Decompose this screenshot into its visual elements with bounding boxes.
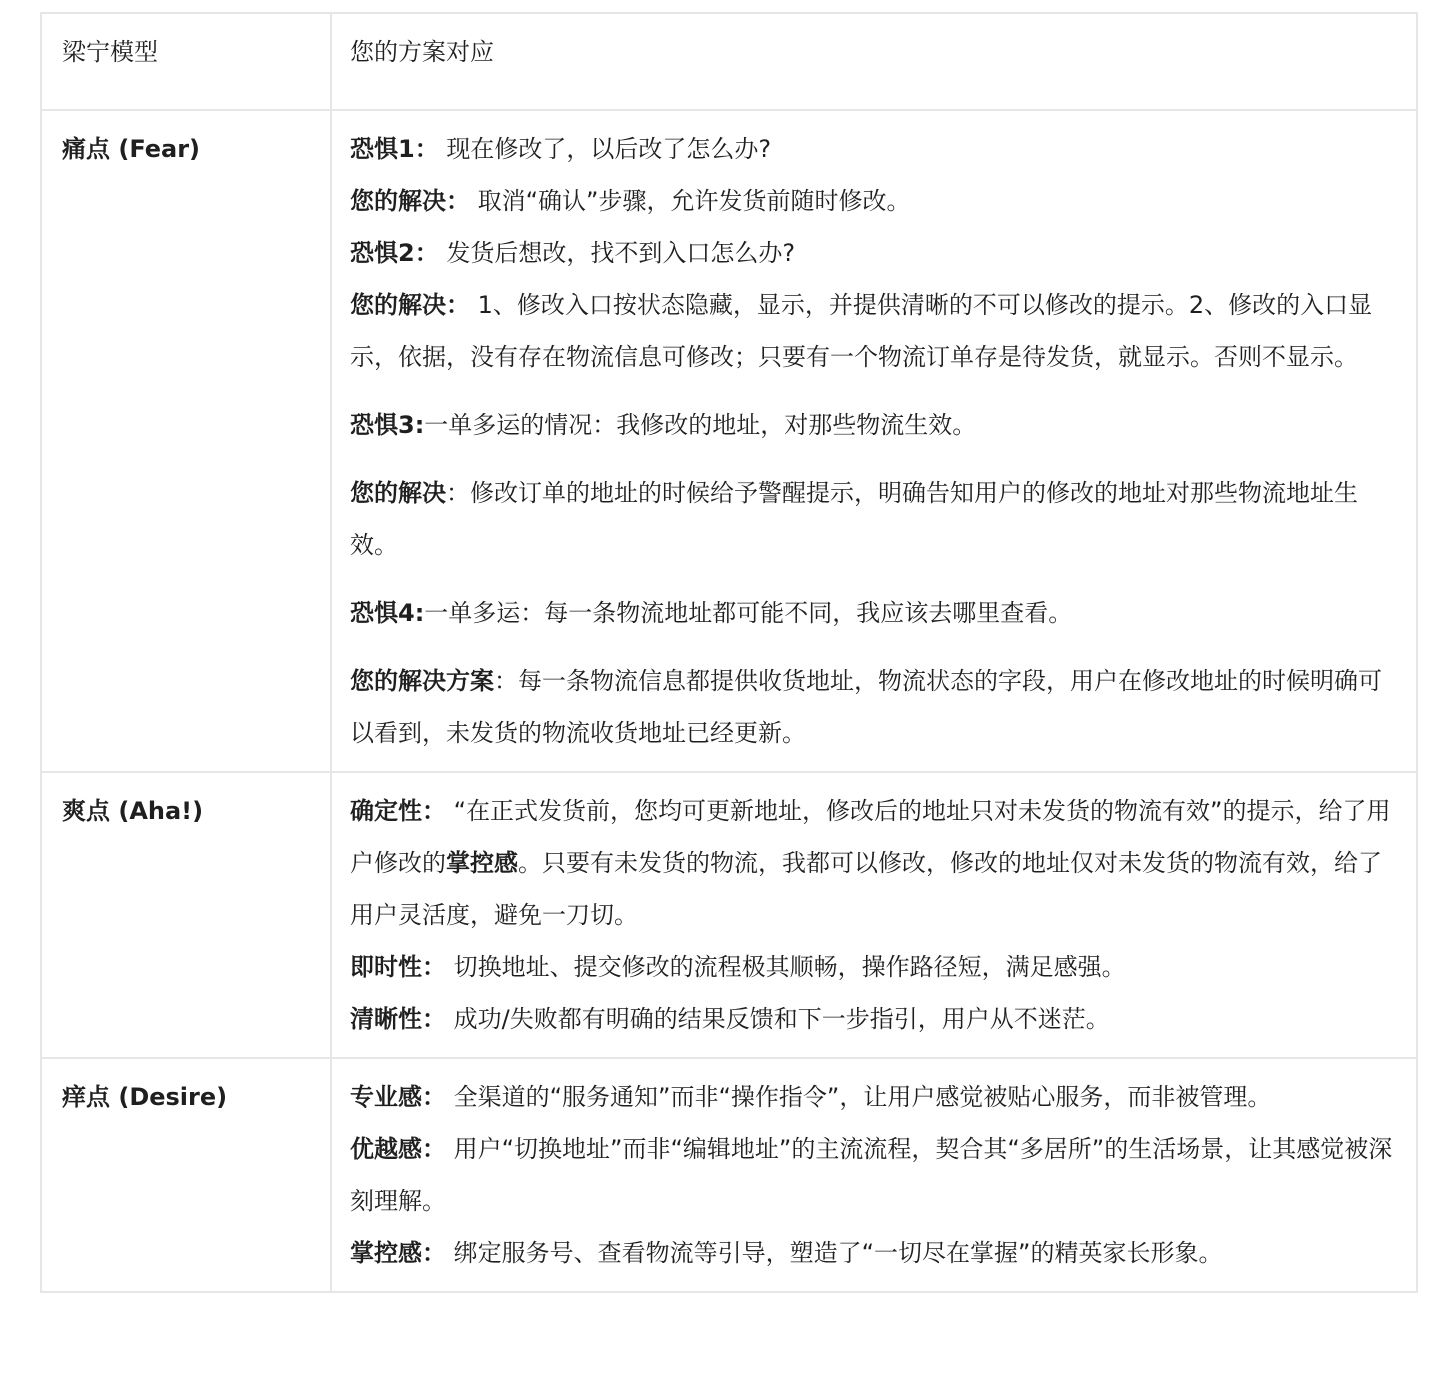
item-label: 您的解决方案 (350, 667, 494, 695)
row-content-cell: 确定性： “在正式发货前，您均可更新地址，修改后的地址只对未发货的物流有效”的提… (331, 772, 1417, 1058)
fear-item-4: 恐惧4:一单多运：每一条物流地址都可能不同，我应该去哪里查看。 (350, 587, 1398, 639)
item-text: 一单多运：每一条物流地址都可能不同，我应该去哪里查看。 (424, 599, 1072, 627)
item-label: 掌控感： (350, 1239, 446, 1267)
item-label: 专业感： (350, 1083, 446, 1111)
item-label: 您的解决 (350, 479, 446, 507)
solution-item-3: 您的解决：修改订单的地址的时候给予警醒提示，明确告知用户的修改的地址对那些物流地… (350, 467, 1398, 571)
table-row-fear: 痛点 (Fear) 恐惧1： 现在修改了，以后改了怎么办? 您的解决： 取消“确… (41, 110, 1417, 772)
item-text: ：修改订单的地址的时候给予警醒提示，明确告知用户的修改的地址对那些物流地址生效。 (350, 479, 1358, 559)
table-header-row: 梁宁模型 您的方案对应 (41, 13, 1417, 110)
item-text: 全渠道的“服务通知”而非“操作指令”，让用户感觉被贴心服务，而非被管理。 (446, 1083, 1271, 1111)
row-label-desire: 痒点 (Desire) (62, 1083, 227, 1111)
row-label-fear: 痛点 (Fear) (62, 135, 200, 163)
item-text: 成功/失败都有明确的结果反馈和下一步指引，用户从不迷茫。 (446, 1005, 1110, 1033)
row-label-cell: 痒点 (Desire) (41, 1058, 331, 1292)
desire-item-control: 掌控感： 绑定服务号、查看物流等引导，塑造了“一切尽在掌握”的精英家长形象。 (350, 1227, 1398, 1279)
desire-item-superiority: 优越感： 用户“切换地址”而非“编辑地址”的主流流程，契合其“多居所”的生活场景… (350, 1123, 1398, 1227)
item-text: 1、修改入口按状态隐藏，显示，并提供清晰的不可以修改的提示。2、修改的入口显示，… (350, 291, 1372, 371)
solution-item-4: 您的解决方案：每一条物流信息都提供收货地址，物流状态的字段，用户在修改地址的时候… (350, 655, 1398, 759)
item-label: 恐惧2： (350, 239, 439, 267)
item-text: 用户“切换地址”而非“编辑地址”的主流流程，契合其“多居所”的生活场景，让其感觉… (350, 1135, 1392, 1215)
fear-item-2: 恐惧2： 发货后想改，找不到入口怎么办? (350, 227, 1398, 279)
item-label: 恐惧1： (350, 135, 439, 163)
row-content-cell: 专业感： 全渠道的“服务通知”而非“操作指令”，让用户感觉被贴心服务，而非被管理… (331, 1058, 1417, 1292)
model-mapping-table: 梁宁模型 您的方案对应 痛点 (Fear) 恐惧1： 现在修改了，以后改了怎么办… (40, 12, 1418, 1293)
row-label-aha: 爽点 (Aha!) (62, 797, 203, 825)
fear-item-1: 恐惧1： 现在修改了，以后改了怎么办? (350, 123, 1398, 175)
row-label-cell: 痛点 (Fear) (41, 110, 331, 772)
item-label: 确定性： (350, 797, 446, 825)
header-label-solution: 您的方案对应 (350, 38, 494, 66)
aha-item-immediacy: 即时性： 切换地址、提交修改的流程极其顺畅，操作路径短，满足感强。 (350, 941, 1398, 993)
table-row-aha: 爽点 (Aha!) 确定性： “在正式发货前，您均可更新地址，修改后的地址只对未… (41, 772, 1417, 1058)
table-row-desire: 痒点 (Desire) 专业感： 全渠道的“服务通知”而非“操作指令”，让用户感… (41, 1058, 1417, 1292)
item-text: 切换地址、提交修改的流程极其顺畅，操作路径短，满足感强。 (446, 953, 1126, 981)
item-text: 现在修改了，以后改了怎么办? (439, 135, 771, 163)
item-label: 恐惧3: (350, 411, 424, 439)
item-text: ：每一条物流信息都提供收货地址，物流状态的字段，用户在修改地址的时候明确可以看到… (350, 667, 1382, 747)
item-label: 优越感： (350, 1135, 446, 1163)
item-emphasis: 掌控感 (446, 849, 518, 877)
item-label: 清晰性： (350, 1005, 446, 1033)
item-text: 发货后想改，找不到入口怎么办? (439, 239, 795, 267)
solution-item-1: 您的解决： 取消“确认”步骤，允许发货前随时修改。 (350, 175, 1398, 227)
item-text: 取消“确认”步骤，允许发货前随时修改。 (470, 187, 911, 215)
solution-item-2: 您的解决： 1、修改入口按状态隐藏，显示，并提供清晰的不可以修改的提示。2、修改… (350, 279, 1398, 383)
item-label: 您的解决： (350, 291, 470, 319)
item-label: 您的解决： (350, 187, 470, 215)
aha-item-clarity: 清晰性： 成功/失败都有明确的结果反馈和下一步指引，用户从不迷茫。 (350, 993, 1398, 1045)
item-text: 绑定服务号、查看物流等引导，塑造了“一切尽在掌握”的精英家长形象。 (446, 1239, 1223, 1267)
header-cell-solution: 您的方案对应 (331, 13, 1417, 110)
aha-item-certainty: 确定性： “在正式发货前，您均可更新地址，修改后的地址只对未发货的物流有效”的提… (350, 785, 1398, 941)
fear-item-3: 恐惧3:一单多运的情况：我修改的地址，对那些物流生效。 (350, 399, 1398, 451)
header-cell-model: 梁宁模型 (41, 13, 331, 110)
row-label-cell: 爽点 (Aha!) (41, 772, 331, 1058)
desire-item-professional: 专业感： 全渠道的“服务通知”而非“操作指令”，让用户感觉被贴心服务，而非被管理… (350, 1071, 1398, 1123)
item-text: 一单多运的情况：我修改的地址，对那些物流生效。 (424, 411, 976, 439)
header-label-model: 梁宁模型 (62, 38, 158, 66)
item-label: 即时性： (350, 953, 446, 981)
row-content-cell: 恐惧1： 现在修改了，以后改了怎么办? 您的解决： 取消“确认”步骤，允许发货前… (331, 110, 1417, 772)
item-label: 恐惧4: (350, 599, 424, 627)
